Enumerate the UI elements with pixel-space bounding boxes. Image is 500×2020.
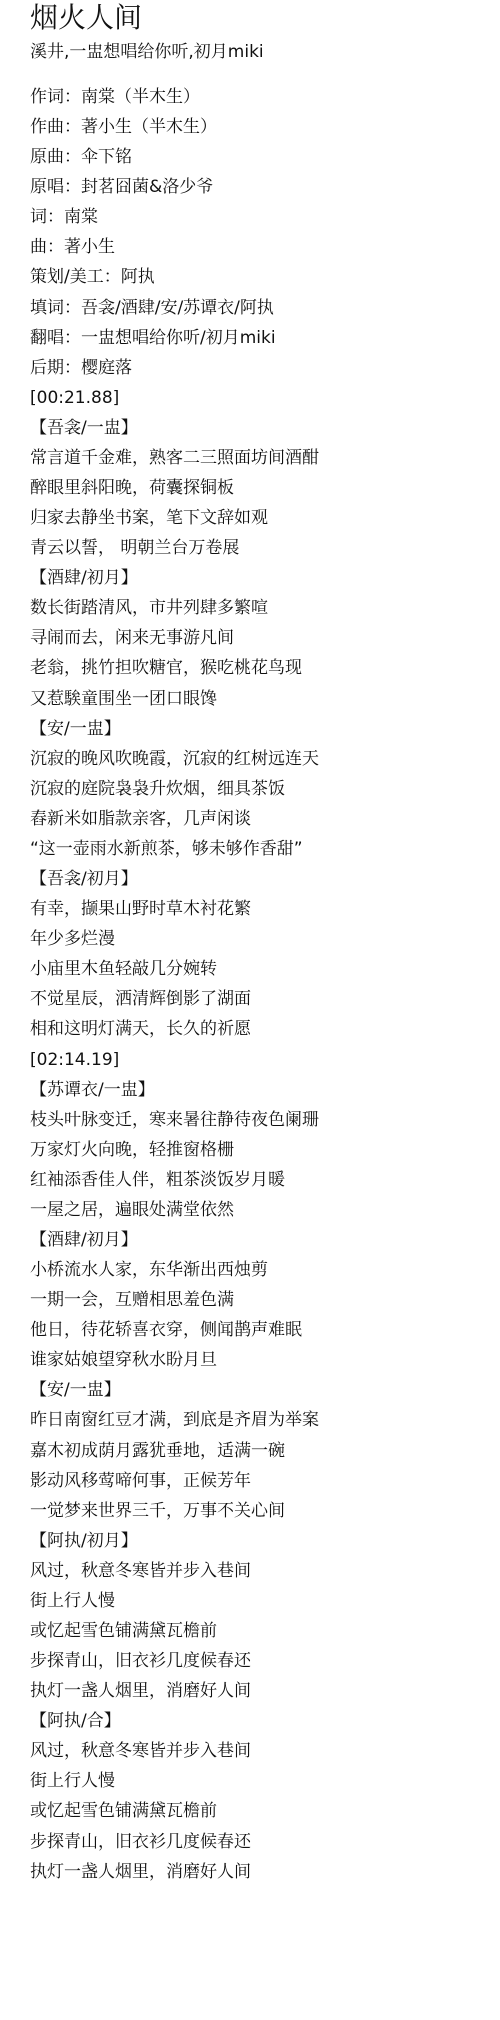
lyric-line: 翻唱：一盅想唱给你听/初月miki xyxy=(30,323,490,353)
lyric-line: 相和这明灯满天，长久的祈愿 xyxy=(30,1014,490,1044)
lyric-line: 红袖添香佳人伴，粗茶淡饭岁月暖 xyxy=(30,1165,490,1195)
lyric-line: 归家去静坐书案，笔下文辞如观 xyxy=(30,503,490,533)
song-title: 烟火人间 xyxy=(30,0,490,38)
lyric-line: 【阿执/初月】 xyxy=(30,1526,490,1556)
lyric-line: 舂新米如脂款亲客，几声闲谈 xyxy=(30,804,490,834)
lyric-line: 老翁，挑竹担吹糖官，猴吃桃花鸟现 xyxy=(30,653,490,683)
lyric-line: 执灯一盏人烟里，消磨好人间 xyxy=(30,1676,490,1706)
lyric-line: 曲：著小生 xyxy=(30,232,490,262)
lyric-line: 【酒肆/初月】 xyxy=(30,1225,490,1255)
lyric-line: 他日，待花轿喜衣穿，侧闻鹊声难眠 xyxy=(30,1315,490,1345)
lyric-line: 青云以誓， 明朝兰台万卷展 xyxy=(30,533,490,563)
lyric-line: 风过，秋意冬寒皆并步入巷间 xyxy=(30,1736,490,1766)
lyric-line: 或忆起雪色铺满黛瓦檐前 xyxy=(30,1796,490,1826)
lyric-line: 寻闹而去，闲来无事游凡间 xyxy=(30,623,490,653)
song-artists: 溪井,一盅想唱给你听,初月miki xyxy=(30,40,490,66)
lyric-line: 一觉梦来世界三千，万事不关心间 xyxy=(30,1496,490,1526)
lyric-line: [02:14.19] xyxy=(30,1045,490,1075)
lyric-line: 作词：南棠（半木生） xyxy=(30,82,490,112)
lyric-line: 填词：吾衾/酒肆/安/苏谭衣/阿执 xyxy=(30,293,490,323)
lyric-line: 数长街踏清风，市井列肆多繁喧 xyxy=(30,593,490,623)
lyric-line: 【阿执/合】 xyxy=(30,1706,490,1736)
lyric-line: 小庙里木鱼轻敲几分婉转 xyxy=(30,954,490,984)
lyric-line: 有幸，撷果山野时草木衬花繁 xyxy=(30,894,490,924)
lyric-line: 策划/美工：阿执 xyxy=(30,262,490,292)
lyric-line: “这一壶雨水新煎茶，够未够作香甜” xyxy=(30,834,490,864)
lyric-line: 沉寂的晚风吹晚霞，沉寂的红树远连天 xyxy=(30,744,490,774)
lyric-line: 小桥流水人家，东华渐出西烛剪 xyxy=(30,1255,490,1285)
lyric-line: 醉眼里斜阳晚，荷囊探铜板 xyxy=(30,473,490,503)
lyric-line: 沉寂的庭院袅袅升炊烟，细具茶饭 xyxy=(30,774,490,804)
lyric-line: 枝头叶脉变迁，寒来暑往静待夜色阑珊 xyxy=(30,1105,490,1135)
lyric-line: 街上行人慢 xyxy=(30,1766,490,1796)
lyric-line: 原曲：伞下铭 xyxy=(30,142,490,172)
lyric-line: 年少多烂漫 xyxy=(30,924,490,954)
lyric-line: 又惹騃童围坐一团口眼馋 xyxy=(30,684,490,714)
lyric-line: 昨日南窗红豆才满，到底是齐眉为举案 xyxy=(30,1405,490,1435)
lyric-line: 后期：樱庭落 xyxy=(30,353,490,383)
lyric-line: 街上行人慢 xyxy=(30,1586,490,1616)
lyric-line: 嘉木初成荫月露犹垂地，适满一碗 xyxy=(30,1436,490,1466)
lyric-line: 风过，秋意冬寒皆并步入巷间 xyxy=(30,1556,490,1586)
lyric-line: 一屋之居，遍眼处满堂依然 xyxy=(30,1195,490,1225)
lyric-line: 影动风移莺啼何事，正候芳年 xyxy=(30,1466,490,1496)
lyric-line: 步探青山，旧衣衫几度候春还 xyxy=(30,1646,490,1676)
lyric-line: 【安/一盅】 xyxy=(30,714,490,744)
lyric-line: 【吾衾/初月】 xyxy=(30,864,490,894)
lyric-line: 原唱：封茗囧菌&洛少爷 xyxy=(30,172,490,202)
lyric-line: 【酒肆/初月】 xyxy=(30,563,490,593)
lyric-line: 一期一会，互赠相思羞色满 xyxy=(30,1285,490,1315)
lyric-line: 谁家姑娘望穿秋水盼月旦 xyxy=(30,1345,490,1375)
lyric-line: 词：南棠 xyxy=(30,202,490,232)
lyric-line: 【吾衾/一盅】 xyxy=(30,413,490,443)
lyric-line: 【安/一盅】 xyxy=(30,1375,490,1405)
lyrics-page: 烟火人间 溪井,一盅想唱给你听,初月miki 作词：南棠（半木生） 作曲：著小生… xyxy=(30,0,490,1887)
lyric-line: [00:21.88] xyxy=(30,383,490,413)
lyric-line: 不觉星辰，洒清辉倒影了湖面 xyxy=(30,984,490,1014)
lyric-line: 万家灯火向晚，轻推窗格栅 xyxy=(30,1135,490,1165)
lyric-line: 或忆起雪色铺满黛瓦檐前 xyxy=(30,1616,490,1646)
lyric-line: 步探青山，旧衣衫几度候春还 xyxy=(30,1827,490,1857)
lyric-line: 作曲：著小生（半木生） xyxy=(30,112,490,142)
lyric-line: 常言道千金难，熟客二三照面坊间酒酣 xyxy=(30,443,490,473)
lyric-line: 【苏谭衣/一盅】 xyxy=(30,1075,490,1105)
lyric-line: 执灯一盏人烟里，消磨好人间 xyxy=(30,1857,490,1887)
lyrics-body: 作词：南棠（半木生） 作曲：著小生（半木生）原曲：伞下铭原唱：封茗囧菌&洛少爷词… xyxy=(30,82,490,1887)
